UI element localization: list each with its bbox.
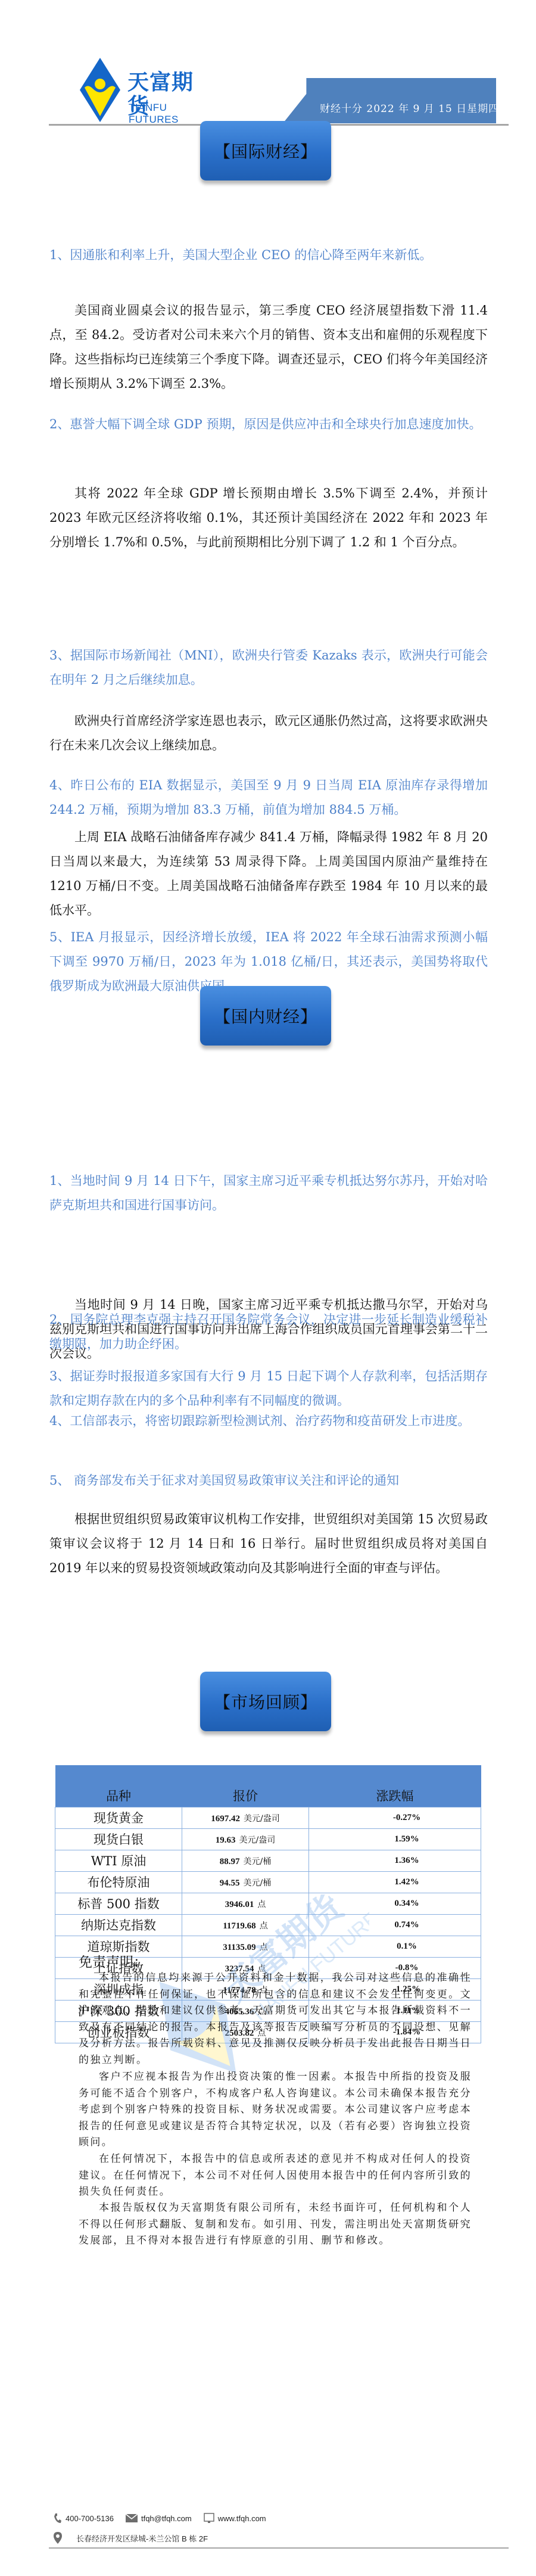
instrument-name: 现货黄金 (55, 1807, 182, 1828)
instrument-name: 布伦特原油 (55, 1871, 182, 1893)
price-value: 31135.09 (223, 1943, 255, 1952)
intl-item-2-body: 其将 2022 年全球 GDP 增长预期由增长 3.5%下调至 2.4%，并预计… (49, 481, 488, 555)
price-value: 94.55 (220, 1878, 240, 1888)
logo-english-name: TIANFU FUTURES (129, 102, 210, 126)
disclaimer-paragraph: 本报告版权仅为天富期货有限公司所有，未经书面许可，任何机构和个人不得以任何形式翻… (79, 2200, 472, 2250)
dom-item-5-headline: 5、 商务部发布关于征求对美国贸易政策审议关注和评论的通知 (49, 1469, 488, 1493)
instrument-change: 1.42% (309, 1871, 481, 1893)
intl-item-3-body: 欧洲央行首席经济学家连恩也表示，欧元区通胀仍然过高，这将要求欧洲央行在未来几次会… (49, 709, 488, 758)
instrument-change: 0.34% (309, 1893, 481, 1914)
website-link[interactable]: www.tfqh.com (218, 2514, 266, 2523)
section-title: 【国内财经】 (214, 1004, 317, 1028)
dom-item-3-headline: 3、据证券时报报道多家国有大行 9 月 15 日起下调个人存款利率，包括活期存款… (49, 1364, 488, 1413)
column-header-instrument: 品种 (55, 1765, 182, 1807)
tianfu-diamond-logo-icon (79, 57, 121, 123)
table-row: WTI 原油 88.97 美元/桶 1.36% (55, 1850, 481, 1871)
instrument-price: 88.97 美元/桶 (182, 1850, 309, 1871)
disclaimer-paragraph: 客户不应视本报告为作出投资决策的惟一因素。本报告中所指的投资及服务可能不适合个别… (79, 2069, 472, 2151)
section-international-finance: 【国际财经】 (200, 121, 331, 181)
section-domestic-finance: 【国内财经】 (200, 986, 331, 1046)
price-unit: 美元/桶 (244, 1878, 272, 1888)
instrument-price: 19.63 美元/盎司 (182, 1828, 309, 1850)
report-header: 天富期货 TIANFU FUTURES 财经十分 2022 年 9 月 15 日… (0, 0, 536, 128)
dom-item-4-headline: 4、工信部表示，将密切跟踪新型检测试剂、治疗药物和疫苗研发上市进度。 (49, 1409, 488, 1433)
instrument-price: 1697.42 美元/盎司 (182, 1807, 309, 1828)
dom-item-1-headline: 1、当地时间 9 月 14 日下午，国家主席习近平乘专机抵达努尔苏丹，开始对哈萨… (49, 1169, 488, 1218)
instrument-change: 1.36% (309, 1850, 481, 1871)
dom-item-2-headline: 2、国务院总理李克强主持召开国务院常务会议，决定进一步延长制造业缓税补缴期限，加… (49, 1308, 488, 1357)
disclaimer-title: 免责声明： (79, 1951, 147, 1971)
column-header-change: 涨跌幅 (309, 1765, 481, 1807)
table-row: 现货黄金 1697.42 美元/盎司 -0.27% (55, 1807, 481, 1828)
table-row: 标普 500 指数 3946.01 点 0.34% (55, 1893, 481, 1914)
instrument-price: 3946.01 点 (182, 1893, 309, 1914)
report-date: 财经十分 2022 年 9 月 15 日星期四 (320, 100, 499, 115)
instrument-change: 0.1% (309, 1936, 481, 1957)
company-address: 长春经济开发区绿城-米兰公馆 B 栋 2F (76, 2533, 208, 2544)
company-logo: 天富期货 TIANFU FUTURES (79, 57, 210, 125)
table-row: 布伦特原油 94.55 美元/桶 1.42% (55, 1871, 481, 1893)
table-header-row: 品种 报价 涨跌幅 (55, 1765, 481, 1807)
section-market-review: 【市场回顾】 (200, 1672, 331, 1731)
instrument-price: 31135.09 点 (182, 1936, 309, 1957)
instrument-change: 1.59% (309, 1828, 481, 1850)
disclaimer-paragraph: 在任何情况下，本报告中的信息或所表述的意见并不构成对任何人的投资建议。在任何情况… (79, 2151, 472, 2201)
footer-address-row: 长春经济开发区绿城-米兰公馆 B 栋 2F (54, 2532, 208, 2544)
price-value: 1697.42 (211, 1814, 240, 1824)
price-value: 19.63 (216, 1835, 236, 1845)
column-header-price: 报价 (182, 1765, 309, 1807)
instrument-change: 0.74% (309, 1914, 481, 1936)
intl-item-4-body: 上周 EIA 战略石油储备库存减少 841.4 万桶，降幅录得 1982 年 8… (49, 825, 488, 923)
instrument-price: 94.55 美元/桶 (182, 1871, 309, 1893)
instrument-name: 纳斯达克指数 (55, 1914, 182, 1936)
table-row: 纳斯达克指数 11719.68 点 0.74% (55, 1914, 481, 1936)
footer-divider (49, 2547, 509, 2549)
section-title: 【国际财经】 (214, 139, 317, 163)
intl-item-3-headline: 3、据国际市场新闻社（MNI），欧洲央行管委 Kazaks 表示，欧洲央行可能会… (49, 643, 488, 692)
price-unit: 点 (260, 1921, 268, 1931)
price-unit: 点 (257, 1900, 266, 1909)
price-value: 3946.01 (225, 1900, 254, 1909)
intl-item-4-headline: 4、昨日公布的 EIA 数据显示，美国至 9 月 9 日当周 EIA 原油库存录… (49, 773, 488, 822)
price-value: 88.97 (220, 1857, 240, 1866)
email-link[interactable]: tfqh@tfqh.com (141, 2514, 192, 2523)
intl-item-1-headline: 1、因通胀和利率上升，美国大型企业 CEO 的信心降至两年来新低。 (49, 243, 488, 267)
instrument-price: 11719.68 点 (182, 1914, 309, 1936)
disclaimer-paragraph: 本报告的信息均来源于公开资料和金十数据，我公司对这些信息的准确性和完整性不作任何… (79, 1970, 472, 2068)
footer-contact-row: 400-700-5136 tfqh@tfqh.com www.tfqh.com (54, 2513, 266, 2524)
dom-item-5-body: 根据世贸组织贸易政策审议机构工作安排，世贸组织对美国第 15 次贸易政策审议会议… (49, 1507, 488, 1581)
table-row: 现货白银 19.63 美元/盎司 1.59% (55, 1828, 481, 1850)
instrument-name: WTI 原油 (55, 1850, 182, 1871)
price-value: 11719.68 (223, 1921, 255, 1931)
section-title: 【市场回顾】 (214, 1690, 317, 1713)
price-unit: 点 (260, 1943, 268, 1952)
monitor-icon (204, 2513, 214, 2524)
instrument-change: -0.27% (309, 1807, 481, 1828)
intl-item-1-body: 美国商业圆桌会议的报告显示，第三季度 CEO 经济展望指数下滑 11.4 点，至… (49, 298, 488, 396)
phone-icon (54, 2513, 62, 2524)
price-unit: 美元/盎司 (239, 1835, 276, 1845)
instrument-name: 现货白银 (55, 1828, 182, 1850)
email-icon (126, 2513, 138, 2523)
price-unit: 美元/盎司 (244, 1814, 280, 1824)
price-unit: 美元/桶 (244, 1857, 272, 1866)
instrument-name: 标普 500 指数 (55, 1893, 182, 1914)
phone-number: 400-700-5136 (66, 2514, 114, 2523)
location-pin-icon (54, 2532, 62, 2544)
intl-item-2-headline: 2、惠誉大幅下调全球 GDP 预期，原因是供应冲击和全球央行加息速度加快。 (49, 412, 488, 437)
